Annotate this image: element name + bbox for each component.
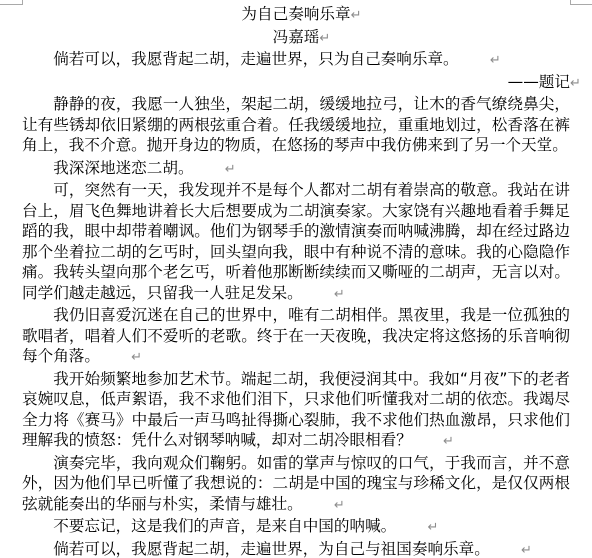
body-paragraph: 倘若可以，我愿背起二胡，走遍世界，为自己与祖国奏响乐章。↵ [22,539,570,558]
document-page: 为自己奏响乐章↵ 冯嘉瑶↵ 倘若可以，我愿背起二胡，走遍世界，只为自己奏响乐章。… [0,0,592,558]
body-paragraph: 可，突然有一天，我发现并不是每个人都对二胡有着崇高的敬意。我站在讲台上，眉飞色舞… [22,180,570,305]
paragraph-text: 静静的夜，我愿一人独坐，架起二胡，缓缓地拉弓，让木的香气缭绕鼻尖，让有些锈却依旧… [22,95,570,154]
epigraph-text: 倘若可以，我愿背起二胡，走遍世界，只为自己奏响乐章。 [53,50,458,68]
body-paragraph: 我仍旧喜爱沉迷在自己的世界中，唯有二胡相伴。黑夜里，我是一位孤独的歌唱者，唱着人… [22,305,570,369]
body-paragraph: 演奏完毕，我向观众们鞠躬。如雷的掌声与惊叹的口气，于我而言，并不意外，因为他们早… [22,453,570,517]
title-line: 为自己奏响乐章↵ [22,4,570,27]
document-author: 冯嘉瑶 [273,28,320,46]
document-title: 为自己奏响乐章 [241,5,350,23]
paragraph-text: 我开始频繁地参加艺术节。端起二胡，我便浸润其中。我如“月夜”下的老者哀婉叹息，低… [22,370,570,450]
epigraph-attribution-text: ——题记 [508,73,570,91]
epigraph-attribution-line: ——题记↵ [22,72,570,95]
body-paragraph: 我深深地迷恋二胡。↵ [22,158,570,181]
paragraph-text: 不要忘记，这是我们的声音，是来自中国的呐喊。 [53,517,396,535]
body-paragraph: 我开始频繁地参加艺术节。端起二胡，我便浸润其中。我如“月夜”下的老者哀婉叹息，低… [22,369,570,453]
paragraph-text: 演奏完毕，我向观众们鞠躬。如雷的掌声与惊叹的口气，于我而言，并不意外，因为他们早… [22,454,570,513]
epigraph-line: 倘若可以，我愿背起二胡，走遍世界，只为自己奏响乐章。↵ [22,49,570,72]
crop-mark-top-right-vertical [570,0,571,5]
paragraph-text: 我仍旧喜爱沉迷在自己的世界中，唯有二胡相伴。黑夜里，我是一位孤独的歌唱者，唱着人… [22,306,570,365]
author-line: 冯嘉瑶↵ [22,27,570,50]
crop-mark-top-right-horizontal [570,4,592,5]
paragraph-text: 可，突然有一天，我发现并不是每个人都对二胡有着崇高的敬意。我站在讲台上，眉飞色舞… [22,181,570,302]
body-paragraph: 不要忘记，这是我们的声音，是来自中国的呐喊。↵ [22,516,570,539]
body-paragraph: 静静的夜，我愿一人独坐，架起二胡，缓缓地拉弓，让木的香气缭绕鼻尖，让有些锈却依旧… [22,94,570,158]
paragraph-text: 我深深地迷恋二胡。 [53,159,193,177]
crop-mark-top-left-horizontal [0,4,22,5]
paragraph-text: 倘若可以，我愿背起二胡，走遍世界，为自己与祖国奏响乐章。 [53,540,490,558]
body-paragraphs: 静静的夜，我愿一人独坐，架起二胡，缓缓地拉弓，让木的香气缭绕鼻尖，让有些锈却依旧… [22,94,570,558]
text-area[interactable]: 为自己奏响乐章↵ 冯嘉瑶↵ 倘若可以，我愿背起二胡，走遍世界，只为自己奏响乐章。… [22,4,570,558]
